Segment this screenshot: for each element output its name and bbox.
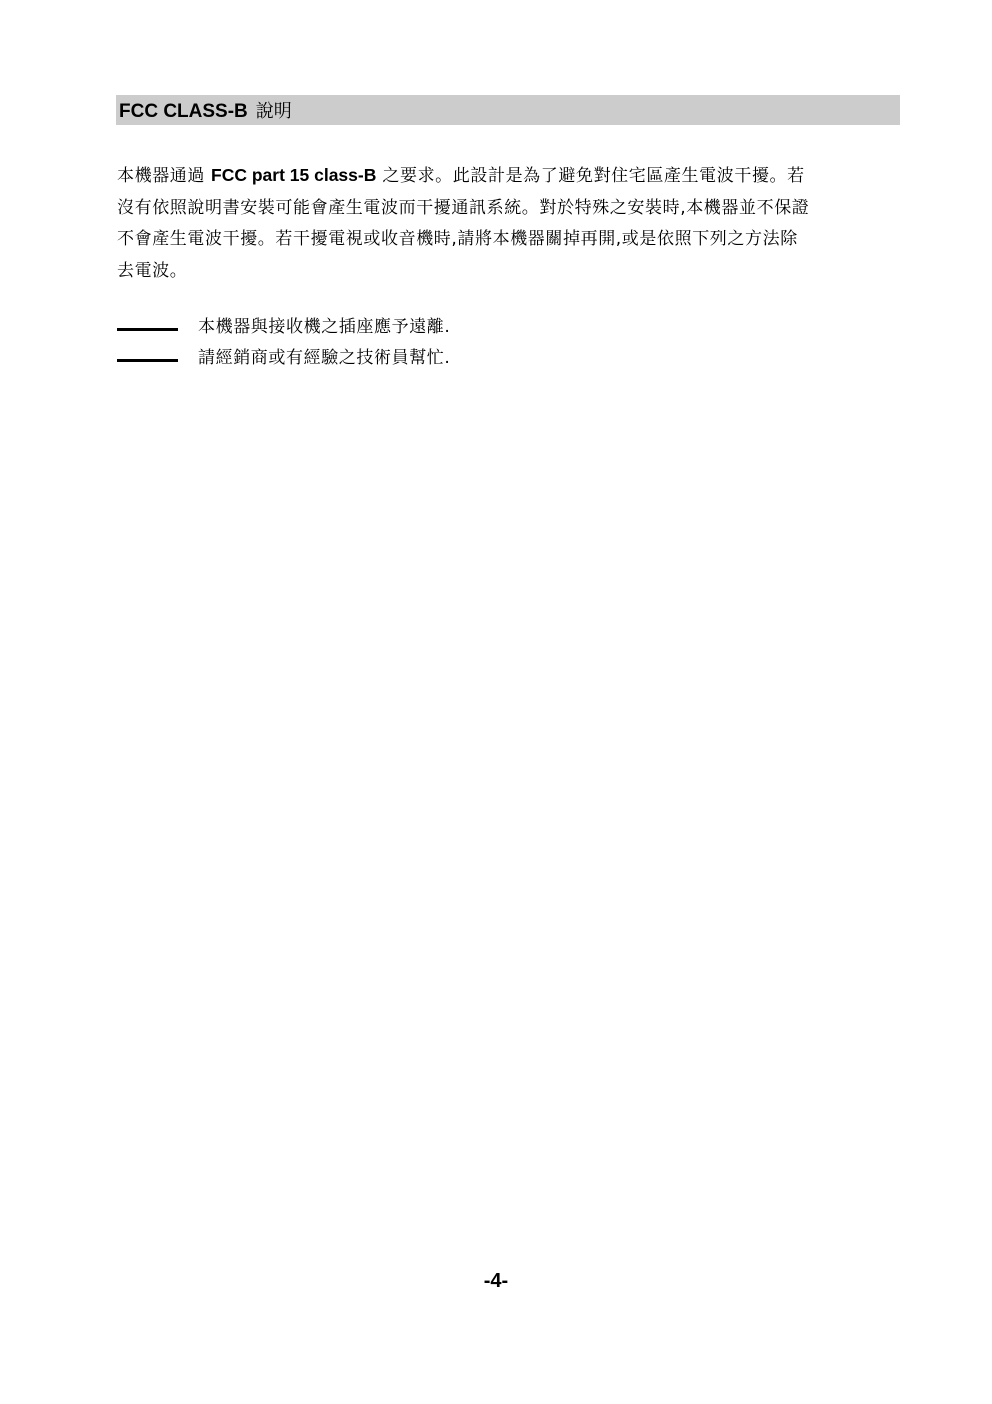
fcc-regulation-reference: FCC part 15 class-B: [211, 165, 376, 185]
paragraph-line-2: 沒有依照說明書安裝可能會產生電波而干擾通訊系統。對於特殊之安裝時,本機器並不保證: [117, 193, 902, 225]
paragraph-line-3: 不會產生電波干擾。若干擾電視或收音機時,請將本機器關掉再開,或是依照下列之方法除: [117, 224, 902, 256]
list-item: 本機器與接收機之插座應予遠離.: [117, 309, 897, 340]
section-title-cjk: 說明: [256, 101, 292, 122]
paragraph-text: 之要求。此設計是為了避免對住宅區產生電波干擾。若: [376, 166, 804, 186]
list-item: 請經銷商或有經驗之技術員幫忙.: [117, 340, 897, 371]
paragraph-line-1: 本機器通過 FCC part 15 class-B 之要求。此設計是為了避免對住…: [117, 160, 902, 193]
remedy-list: 本機器與接收機之插座應予遠離. 請經銷商或有經驗之技術員幫忙.: [117, 309, 897, 371]
section-header: FCC CLASS-B說明: [116, 95, 900, 125]
list-item-text: 本機器與接收機之插座應予遠離.: [198, 312, 450, 337]
list-item-text: 請經銷商或有經驗之技術員幫忙.: [198, 343, 450, 368]
section-title-latin: FCC CLASS-B: [119, 101, 248, 122]
paragraph-text: 本機器通過: [117, 166, 211, 186]
paragraph-line-4: 去電波。: [117, 256, 902, 288]
section-title: FCC CLASS-B說明: [119, 97, 292, 123]
page-number: -4-: [0, 1270, 992, 1293]
fcc-statement-paragraph: 本機器通過 FCC part 15 class-B 之要求。此設計是為了避免對住…: [117, 160, 902, 287]
dash-bullet-icon: [117, 328, 178, 331]
dash-bullet-icon: [117, 359, 178, 362]
